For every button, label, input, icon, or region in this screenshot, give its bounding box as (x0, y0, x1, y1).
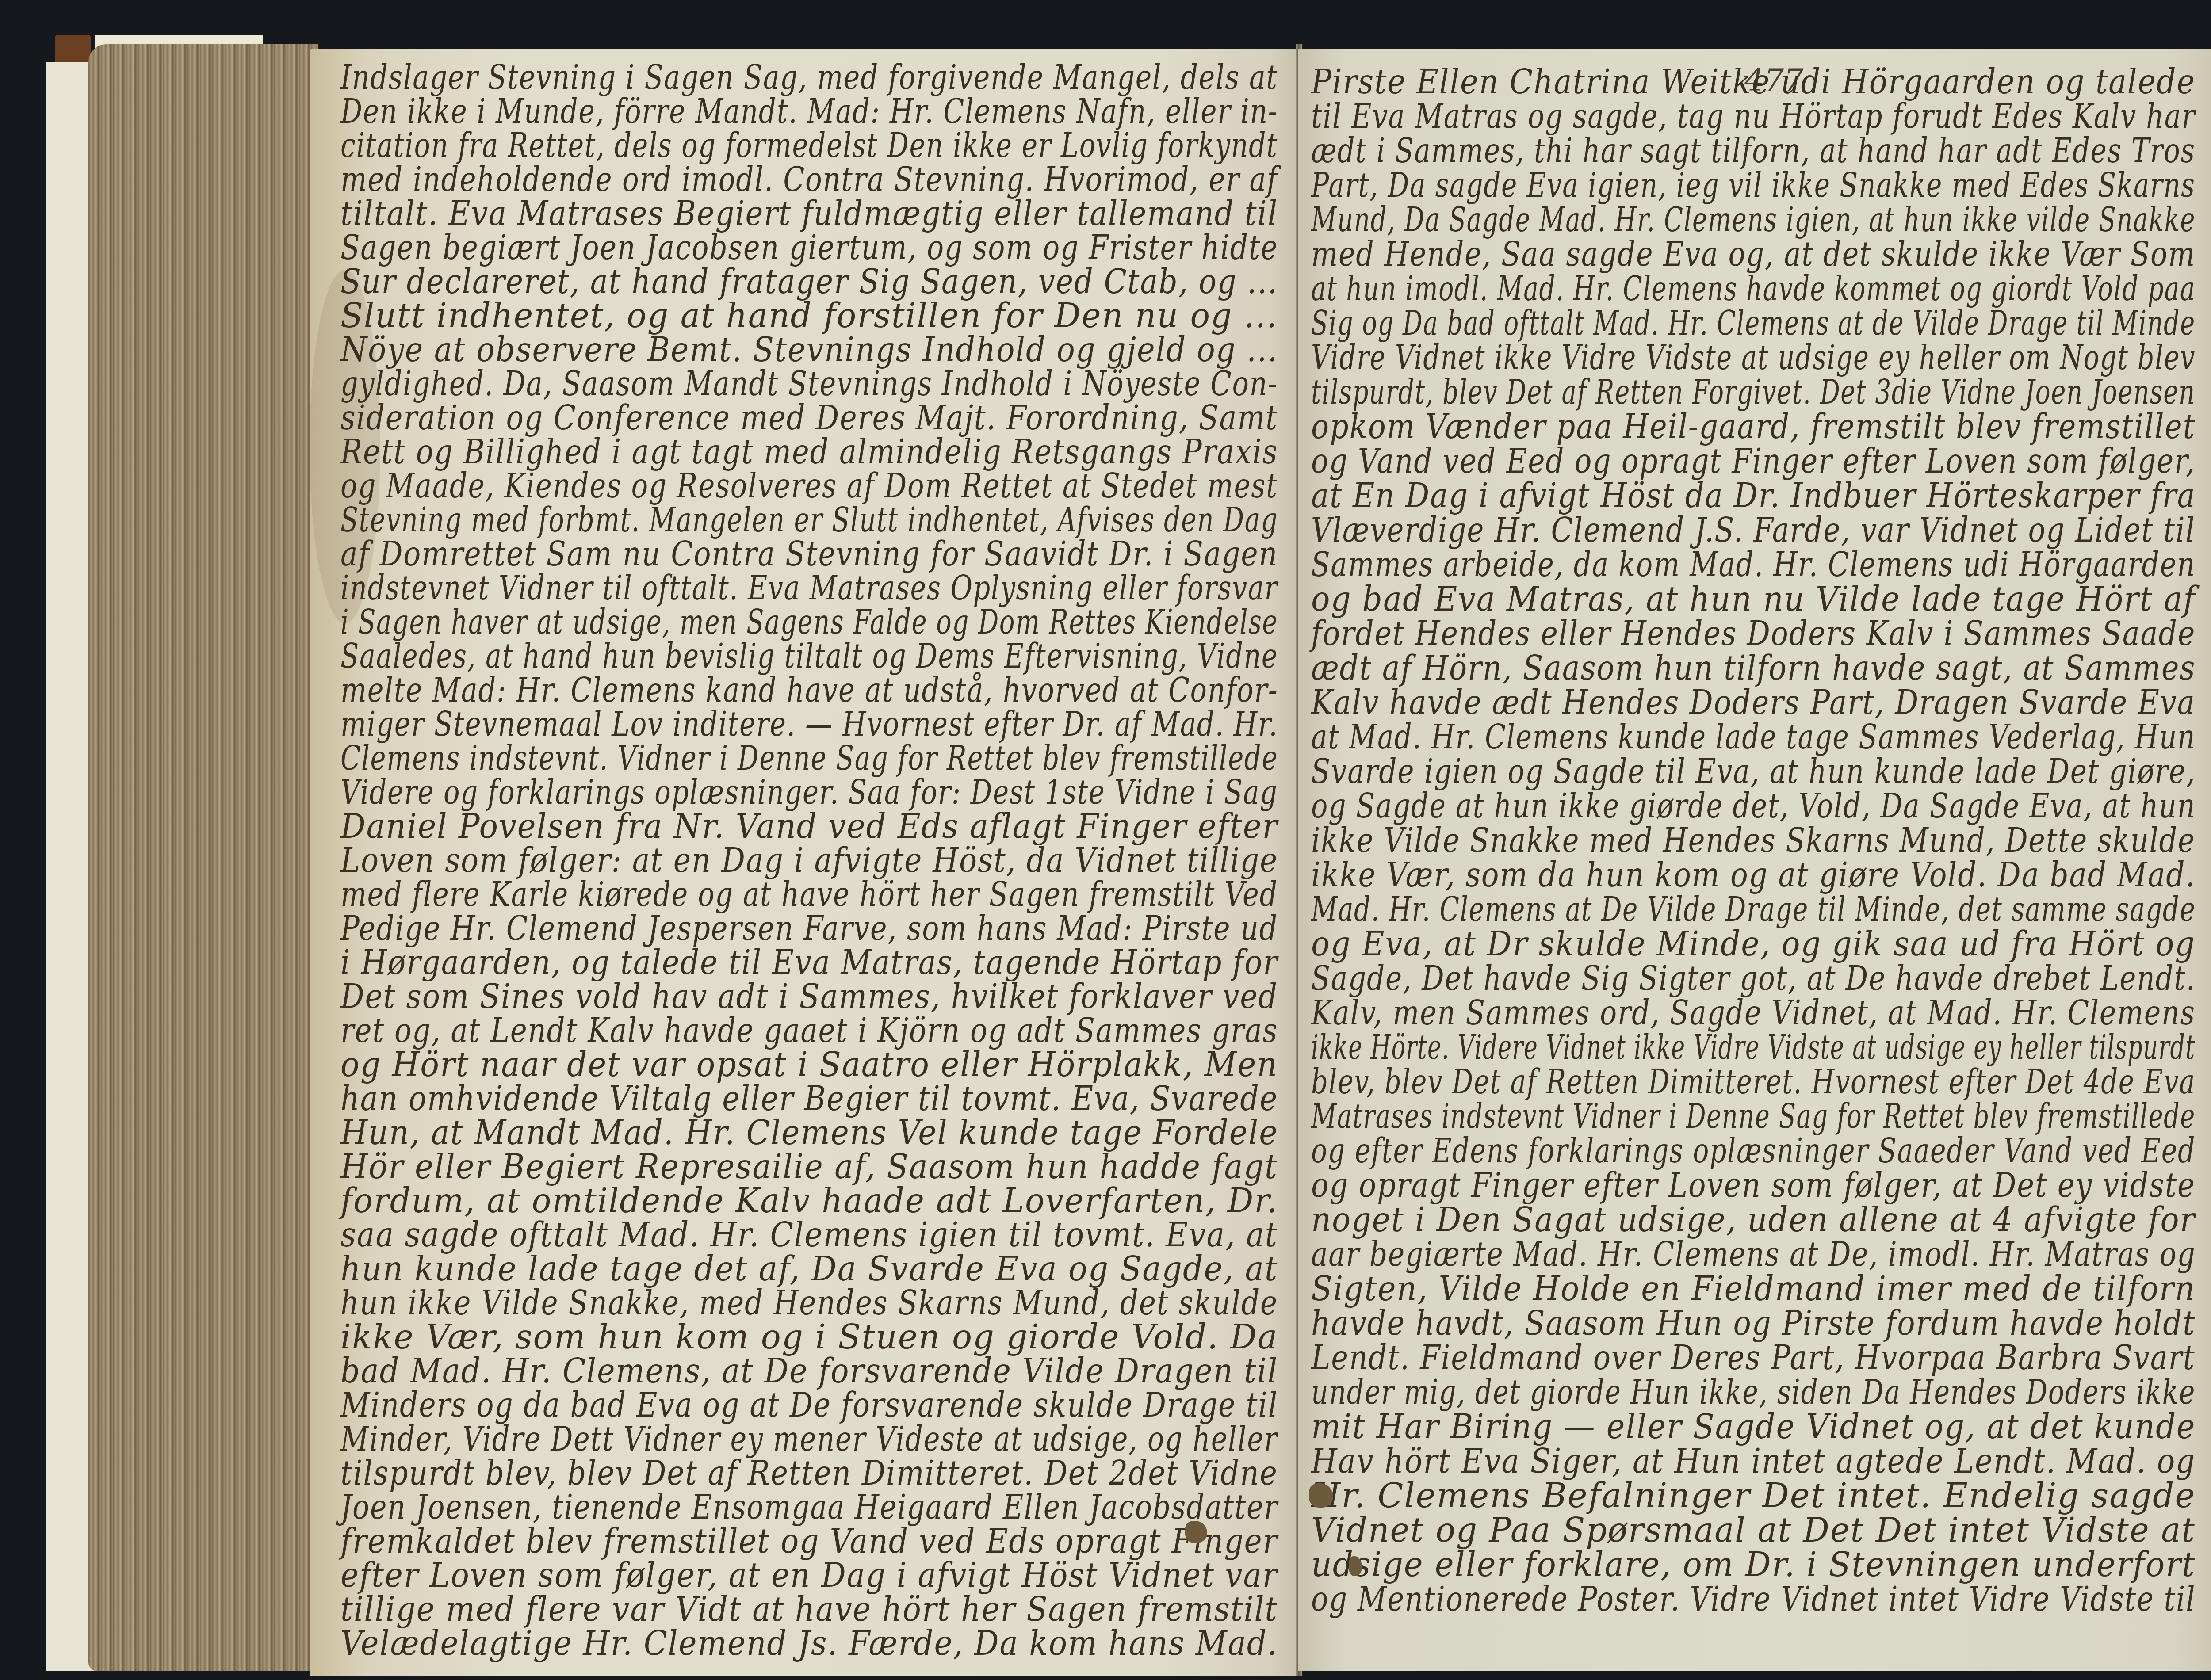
handwritten-line: at Mad. Hr. Clemens kunde lade tage Samm… (1311, 717, 2196, 756)
handwritten-line: opkom Vænder paa Heil-gaard, fremstilt b… (1311, 407, 2196, 446)
handwritten-line: saa sagde ofttalt Mad. Hr. Clemens igien… (340, 1215, 1278, 1254)
handwritten-line: Hr. Clemens Befalninger Det intet. Endel… (1311, 1476, 2196, 1515)
handwritten-line: ikke Vilde Snakke med Hendes Skarns Mund… (1311, 821, 2196, 860)
page-block-edge (88, 44, 318, 1671)
scan-background: J 3 E Indslager Stevning i Sagen Sag, me… (0, 0, 2211, 1680)
handwritten-line: efter Loven som følger, at en Dag i afvi… (340, 1555, 1278, 1595)
handwritten-line: Vidnet og Paa Spørsmaal at Det Det intet… (1311, 1510, 2196, 1550)
handwritten-line: Sigten, Vilde Holde en Fieldmand imer me… (1311, 1269, 2196, 1308)
handwritten-line: Rett og Billighed i agt tagt med alminde… (340, 432, 1278, 471)
handwritten-line: fordet Hendes eller Hendes Doders Kalv i… (1311, 614, 2196, 653)
handwritten-line: Den ikke i Munde, förre Mandt. Mad: Hr. … (340, 92, 1278, 131)
handwritten-line: Hav hört Eva Siger, at Hun intet agtede … (1311, 1441, 2196, 1481)
handwritten-line: indstevnet Vidner til ofttalt. Eva Matra… (340, 568, 1278, 607)
worm-hole (1349, 1556, 1362, 1576)
handwritten-line: Velædelagtige Hr. Clemend Js. Færde, Da … (340, 1623, 1278, 1663)
handwritten-line: at En Dag i afvigt Höst da Dr. Indbuer H… (1311, 476, 2196, 515)
handwritten-line: og Sagde at hun ikke giørde det, Vold, D… (1311, 786, 2196, 825)
handwritten-line: ikke Vær, som da hun kom og at giøre Vol… (1311, 855, 2196, 894)
handwritten-line: tiltalt. Eva Matrases Begiert fuldmægtig… (340, 194, 1278, 233)
handwritten-line: Part, Da sagde Eva igien, ieg vil ikke S… (1311, 165, 2196, 205)
handwritten-line: ikke Hörte. Videre Vidnet ikke Vidre Vid… (1311, 1027, 2196, 1067)
right-page-text: Pirste Ellen Chatrina Weitke udi Hörgaar… (1298, 49, 2211, 1671)
handwritten-line: og bad Eva Matras, at hun nu Vilde lade … (1311, 579, 2196, 619)
handwritten-line: Sammes arbeide, da kom Mad. Hr. Clemens … (1311, 545, 2196, 584)
handwritten-line: Minder, Vidre Dett Vidner ey mener Vides… (340, 1419, 1278, 1459)
handwritten-line: mit Har Biring — eller Sagde Vidnet og, … (1311, 1407, 2196, 1446)
handwritten-line: tilspurdt blev, blev Det af Retten Dimit… (340, 1453, 1278, 1493)
handwritten-line: med indeholdende ord imodl. Contra Stevn… (340, 160, 1278, 199)
handwritten-line: Kalv havde ædt Hendes Doders Part, Drage… (1311, 683, 2196, 722)
left-page-text: Indslager Stevning i Sagen Sag, med forg… (310, 49, 1300, 1676)
worm-hole (1185, 1521, 1207, 1543)
handwritten-line: han omhvidende Viltalg eller Begier til … (340, 1079, 1278, 1118)
handwritten-line: og Vand ved Eed og opragt Finger efter L… (1311, 441, 2196, 481)
handwritten-line: Det som Sines vold hav adt i Sammes, hvi… (340, 977, 1278, 1016)
handwritten-line: Indslager Stevning i Sagen Sag, med forg… (340, 57, 1278, 97)
handwritten-line: Nöye at observere Bemt. Stevnings Indhol… (340, 330, 1278, 369)
handwritten-line: Pedige Hr. Clemend Jespersen Farve, som … (340, 909, 1278, 948)
handwritten-line: hun ikke Vilde Snakke, med Hendes Skarns… (340, 1283, 1278, 1322)
handwritten-line: ædt i Sammes, thi har sagt tilforn, at h… (1311, 131, 2196, 170)
handwritten-line: fremkaldet blev fremstillet og Vand ved … (340, 1521, 1278, 1561)
handwritten-line: med Hende, Saa sagde Eva og, at det skul… (1311, 234, 2196, 274)
handwritten-line: Lendt. Fieldmand over Deres Part, Hvorpa… (1311, 1338, 2196, 1377)
handwritten-line: Slutt indhentet, og at hand forstillen f… (340, 296, 1278, 335)
handwritten-line: citation fra Rettet, dels og formedelst … (340, 126, 1278, 165)
handwritten-line: og opragt Finger efter Loven som følger,… (1311, 1165, 2196, 1205)
handwritten-line: Kalv, men Sammes ord, Sagde Vidnet, at M… (1311, 993, 2196, 1032)
handwritten-line: miger Stevnemaal Lov inditere. — Hvornes… (340, 704, 1278, 744)
handwritten-line: aar begiærte Mad. Hr. Clemens at De, imo… (1311, 1234, 2196, 1274)
handwritten-line: Matrases indstevnt Vidner i Denne Sag fo… (1311, 1096, 2196, 1136)
handwritten-line: Mund, Da Sagde Mad. Hr. Clemens igien, a… (1311, 200, 2196, 239)
handwritten-line: havde havdt, Saasom Hun og Pirste fordum… (1311, 1303, 2196, 1343)
handwritten-line: og Mentionerede Poster. Vidre Vidnet int… (1311, 1579, 2196, 1619)
handwritten-line: og efter Edens forklarings oplæsninger S… (1311, 1131, 2196, 1170)
handwritten-line: Sagde, Det havde Sig Sigter got, at De h… (1311, 958, 2196, 998)
handwritten-line: blev, blev Det af Retten Dimitteret. Hvo… (1311, 1062, 2196, 1101)
handwritten-line: Sig og Da bad ofttalt Mad. Hr. Clemens a… (1311, 303, 2196, 343)
book-cover-corner (55, 35, 91, 64)
handwritten-line: ædt af Hörn, Saasom hun tilforn havde sa… (1311, 648, 2196, 687)
handwritten-line: i Sagen haver at udsige, men Sagens Fald… (340, 602, 1278, 641)
handwritten-line: og Maade, Kiendes og Resolveres af Dom R… (340, 466, 1278, 505)
handwritten-line: med flere Karle kiørede og at have hört … (340, 874, 1278, 914)
handwritten-line: Clemens indstevnt. Vidner i Denne Sag fo… (340, 738, 1278, 778)
handwritten-line: Hun, at Mandt Mad. Hr. Clemens Vel kunde… (340, 1113, 1278, 1152)
handwritten-line: Vidre Vidnet ikke Vidre Vidste at udsige… (1311, 338, 2196, 377)
handwritten-line: tilspurdt, blev Det af Retten Forgivet. … (1311, 372, 2196, 412)
handwritten-line: fordum, at omtildende Kalv haade adt Lov… (340, 1181, 1278, 1220)
handwritten-line: Mad. Hr. Clemens at De Vilde Drage til M… (1311, 890, 2196, 929)
handwritten-line: hun kunde lade tage det af, Da Svarde Ev… (340, 1249, 1278, 1288)
handwritten-line: Svarde igien og Sagde til Eva, at hun ku… (1311, 752, 2196, 791)
handwritten-line: Sagen begiært Joen Jacobsen giertum, og … (340, 228, 1278, 267)
handwritten-line: melte Mad: Hr. Clemens kand have at udst… (340, 670, 1278, 710)
handwritten-line: tillige med flere var Vidt at have hört … (340, 1589, 1278, 1629)
handwritten-line: og Eva, at Dr skulde Minde, og gik saa u… (1311, 924, 2196, 963)
handwritten-line: Vlæverdige Hr. Clemend J.S. Farde, var V… (1311, 510, 2196, 550)
handwritten-line: Joen Joensen, tienende Ensomgaa Heigaard… (340, 1487, 1278, 1527)
handwritten-line: noget i Den Sagat udsige, uden allene at… (1311, 1200, 2196, 1239)
handwritten-line: Loven som følger: at en Dag i afvigte Hö… (340, 840, 1278, 880)
handwritten-line: og Hört naar det var opsat i Saatro elle… (340, 1045, 1278, 1084)
handwritten-line: til Eva Matras og sagde, tag nu Hörtap f… (1311, 96, 2196, 136)
handwritten-line: udsige eller forklare, om Dr. i Stevning… (1311, 1545, 2196, 1584)
handwritten-line: Stevning med forbmt. Mangelen er Slutt i… (340, 500, 1278, 539)
handwritten-line: Videre og forklarings oplæsninger. Saa f… (340, 772, 1278, 812)
handwritten-line: Saaledes, at hand hun bevislig tiltalt o… (340, 636, 1278, 676)
handwritten-line: Daniel Povelsen fra Nr. Vand ved Eds afl… (340, 806, 1278, 846)
handwritten-line: ikke Vær, som hun kom og i Stuen og gior… (340, 1317, 1278, 1356)
handwritten-line: i Hørgaarden, og talede til Eva Matras, … (340, 943, 1278, 982)
handwritten-line: af Domrettet Sam nu Contra Stevning for … (340, 534, 1278, 573)
handwritten-line: bad Mad. Hr. Clemens, at De forsvarende … (340, 1351, 1278, 1390)
handwritten-line: Sur declareret, at hand fratager Sig Sag… (340, 262, 1278, 301)
handwritten-line: under mig, det giorde Hun ikke, siden Da… (1311, 1372, 2196, 1412)
right-page: 477 Pirste Ellen Chatrina Weitke udi Hör… (1298, 49, 2211, 1671)
handwritten-line: Hör eller Begiert Represailie af, Saasom… (340, 1147, 1278, 1186)
handwritten-line: at hun imodl. Mad. Hr. Clemens havde kom… (1311, 269, 2196, 308)
handwritten-line: Minders og da bad Eva og at De forsvaren… (340, 1385, 1278, 1424)
handwritten-line: gyldighed. Da, Saasom Mandt Stevnings In… (340, 364, 1278, 403)
handwritten-line: sideration og Conference med Deres Majt.… (340, 398, 1278, 437)
handwritten-line: Pirste Ellen Chatrina Weitke udi Hörgaar… (1311, 62, 2196, 101)
handwritten-line: ret og, at Lendt Kalv havde gaaet i Kjör… (340, 1011, 1278, 1050)
left-page: Indslager Stevning i Sagen Sag, med forg… (310, 49, 1300, 1676)
